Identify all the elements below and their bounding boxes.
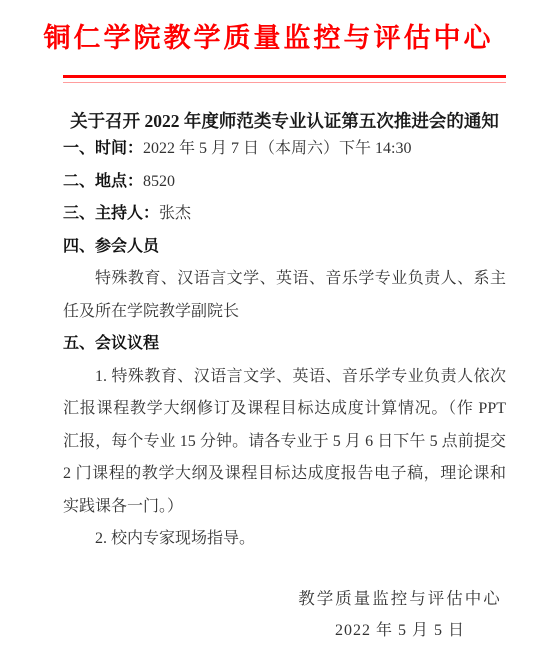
signature-block: 教学质量监控与评估中心 2022 年 5 月 5 日 — [294, 583, 506, 648]
attendees-heading: 四、参会人员 — [63, 231, 506, 264]
meta-host-value: 张杰 — [159, 205, 191, 222]
meta-time: 一、时间：2022 年 5 月 7 日（本周六）下午 14:30 — [63, 133, 506, 166]
signature-date: 2022 年 5 月 5 日 — [294, 615, 506, 648]
letterhead-title: 铜仁学院教学质量监控与评估中心 — [0, 0, 537, 55]
meta-location: 二、地点：8520 — [63, 166, 506, 199]
attendees-paragraph: 特殊教育、汉语言文学、英语、音乐学专业负责人、系主任及所在学院教学副院长 — [63, 263, 506, 328]
letterhead: 铜仁学院教学质量监控与评估中心 — [0, 0, 537, 83]
agenda-item-1: 1. 特殊教育、汉语言文学、英语、音乐学专业负责人依次汇报课程教学大纲修订及课程… — [63, 361, 506, 524]
meta-time-value: 2022 年 5 月 7 日（本周六）下午 14:30 — [143, 140, 411, 157]
notice-title: 关于召开 2022 年度师范类专业认证第五次推进会的通知 — [63, 109, 506, 133]
notice-body: 关于召开 2022 年度师范类专业认证第五次推进会的通知 一、时间：2022 年… — [63, 109, 506, 648]
meta-host: 三、主持人：张杰 — [63, 198, 506, 231]
meta-host-label: 三、主持人： — [63, 205, 159, 222]
agenda-heading: 五、会议议程 — [63, 328, 506, 361]
notice-document: 铜仁学院教学质量监控与评估中心 关于召开 2022 年度师范类专业认证第五次推进… — [0, 0, 537, 658]
signature-org: 教学质量监控与评估中心 — [294, 583, 506, 616]
meta-location-label: 二、地点： — [63, 173, 143, 190]
agenda-item-2: 2. 校内专家现场指导。 — [63, 523, 506, 556]
rule-thin-line — [63, 82, 506, 83]
rule-thick-line — [63, 75, 506, 78]
meta-time-label: 一、时间： — [63, 140, 143, 157]
meta-location-value: 8520 — [143, 173, 175, 190]
letterhead-rule — [63, 75, 506, 83]
